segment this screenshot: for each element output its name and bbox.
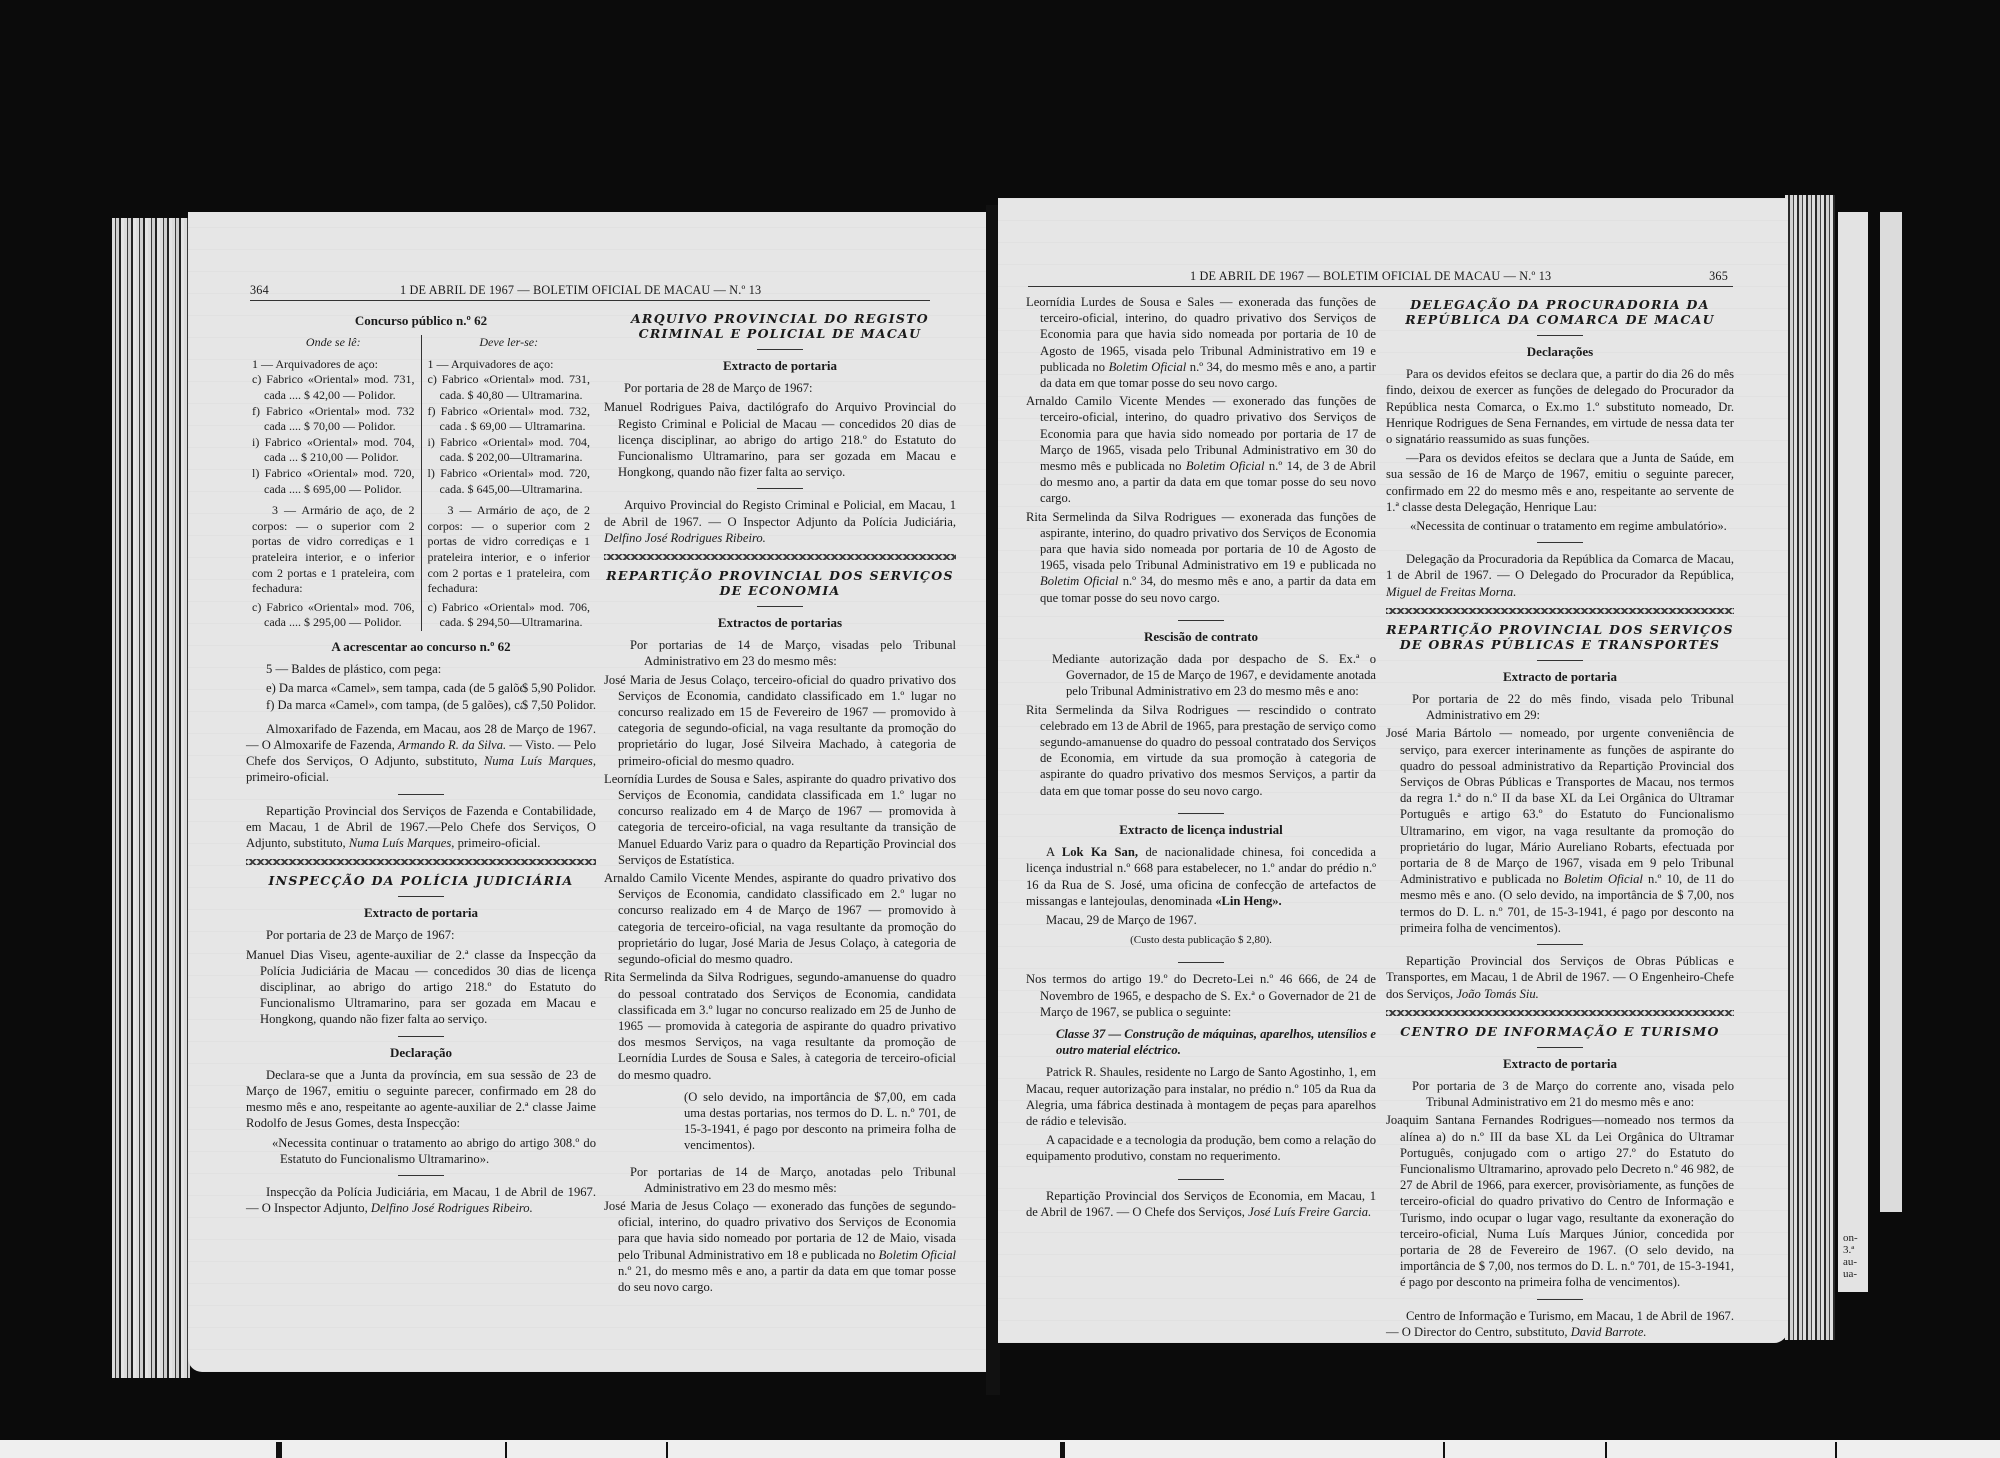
paragraph: Manuel Rodrigues Paiva, dactilógrafo do …: [604, 399, 956, 480]
book-edges-right-inner: [1838, 212, 1868, 1292]
publication-cost: (Custo desta publicação $ 2,80).: [1026, 932, 1376, 948]
section-title: REPARTIÇÃO PROVINCIAL DOS SERVIÇOS DE EC…: [604, 568, 956, 598]
section-title: INSPECÇÃO DA POLÍCIA JUDICIÁRIA: [246, 873, 596, 888]
price-list: e) Da marca «Camel», sem tampa, cada (de…: [246, 680, 596, 712]
deve-label: Deve ler-se:: [428, 335, 591, 351]
signature-paragraph: Almoxarifado de Fazenda, em Macau, aos 2…: [246, 721, 596, 786]
subsection-heading: Declarações: [1386, 344, 1734, 360]
ornamental-divider: [1386, 608, 1734, 614]
section-title: DELEGAÇÃO DA PROCURADORIA DA REPÚBLICA D…: [1386, 297, 1734, 327]
paragraph: Por portarias de 14 de Março, visadas pe…: [604, 637, 956, 669]
header-rule: [1028, 286, 1733, 287]
divider: [1537, 944, 1583, 945]
subsection-heading: Rescisão de contrato: [1026, 629, 1376, 645]
quote: «Necessita continuar o tratamento ao abr…: [246, 1135, 596, 1167]
running-header-text: 1 DE ABRIL DE 1967 — BOLETIM OFICIAL DE …: [1190, 268, 1551, 284]
margin-fragment: on- 3.ª au- ua-: [1843, 1232, 1858, 1280]
list-item: 1 — Arquivadores de aço:: [428, 357, 591, 373]
book-edges-left: [112, 218, 190, 1378]
divider: [1178, 1179, 1224, 1180]
divider: [398, 896, 444, 897]
right-column-2: DELEGAÇÃO DA PROCURADORIA DA REPÚBLICA D…: [1386, 291, 1734, 1343]
paragraph: Por portaria de 28 de Março de 1967:: [604, 380, 956, 396]
divider: [1537, 660, 1583, 661]
divider: [757, 349, 803, 350]
divider: [757, 488, 803, 489]
left-page: 364 1 DE ABRIL DE 1967 — BOLETIM OFICIAL…: [188, 212, 988, 1372]
signature-paragraph: Repartição Provincial dos Serviços de Fa…: [246, 803, 596, 852]
subsection-heading: Extractos de portarias: [604, 615, 956, 631]
list-item: c) Fabrico «Oriental» mod. 731, cada. $ …: [428, 372, 591, 403]
paragraph: Por portarias de 14 de Março, anotadas p…: [604, 1164, 956, 1196]
subsection-heading: Extracto de portaria: [604, 358, 956, 374]
list-item: i) Fabrico «Oriental» mod. 704, cada ...…: [252, 435, 415, 466]
subsection-heading: Extracto de portaria: [1386, 1056, 1734, 1072]
list-item: f) Fabrico «Oriental» mod. 732, cada . $…: [428, 404, 591, 435]
divider: [1178, 620, 1224, 621]
classe-line: Classe 37 — Construção de máquinas, apar…: [1026, 1026, 1376, 1058]
paragraph: —Para os devidos efeitos se declara que …: [1386, 450, 1734, 515]
paragraph: Manuel Dias Viseu, agente-auxiliar de 2.…: [246, 947, 596, 1028]
paragraph: Nos termos do artigo 19.º do Decreto-Lei…: [1026, 971, 1376, 1020]
divider: [757, 606, 803, 607]
ornamental-divider: [604, 554, 956, 560]
paragraph: Rita Sermelinda da Silva Rodrigues — res…: [1026, 702, 1376, 799]
paragraph: Mediante autorização dada por despacho d…: [1026, 651, 1376, 700]
list-item: José Maria de Jesus Colaço, terceiro-ofi…: [604, 672, 956, 769]
signature-paragraph: Centro de Informação e Turismo, em Macau…: [1386, 1308, 1734, 1340]
divider: [1537, 1299, 1583, 1300]
signature-paragraph: Repartição Provincial dos Serviços de Ob…: [1386, 953, 1734, 1002]
list-item: Leornídia Lurdes de Sousa e Sales, aspir…: [604, 771, 956, 868]
scan-bottom-strip: [0, 1440, 2000, 1458]
paragraph: A Lok Ka San, de nacionalidade chinesa, …: [1026, 844, 1376, 909]
divider: [1537, 335, 1583, 336]
subsection-heading: Extracto de portaria: [246, 905, 596, 921]
paragraph: 5 — Baldes de plástico, com pega:: [246, 661, 596, 677]
list-item: 3 — Armário de aço, de 2 corpos: — o sup…: [252, 503, 415, 597]
paragraph: Por portaria de 22 do mês findo, visada …: [1386, 691, 1734, 723]
right-column-1: Leornídia Lurdes de Sousa e Sales — exon…: [1026, 294, 1376, 1223]
list-item: l) Fabrico «Oriental» mod. 720, cada. $ …: [428, 466, 591, 497]
paragraph: Patrick R. Shaules, residente no Largo d…: [1026, 1064, 1376, 1129]
paragraph: Joaquim Santana Fernandes Rodrigues—nome…: [1386, 1112, 1734, 1290]
stamp-note: (O selo devido, na importância de $7,00,…: [604, 1089, 956, 1154]
section-title: REPARTIÇÃO PROVINCIAL DOS SERVIÇOS DE OB…: [1386, 622, 1734, 652]
list-item: c) Fabrico «Oriental» mod. 731, cada ...…: [252, 372, 415, 403]
list-item: l) Fabrico «Oriental» mod. 720, cada ...…: [252, 466, 415, 497]
paragraph: Por portaria de 3 de Março do corrente a…: [1386, 1078, 1734, 1110]
running-header-text: 1 DE ABRIL DE 1967 — BOLETIM OFICIAL DE …: [400, 282, 761, 298]
ornamental-divider: [246, 859, 596, 865]
onde-column: Onde se lê: 1 — Arquivadores de aço: c) …: [246, 335, 422, 631]
paragraph: A capacidade e a tecnologia da produção,…: [1026, 1132, 1376, 1164]
page-number: 365: [1709, 268, 1728, 284]
list-item: c) Fabrico «Oriental» mod. 706, cada ...…: [252, 600, 415, 631]
divider: [1537, 1047, 1583, 1048]
divider: [1537, 542, 1583, 543]
subsection-heading: Extracto de licença industrial: [1026, 822, 1376, 838]
price-row: e) Da marca «Camel», sem tampa, cada (de…: [266, 680, 596, 696]
divider: [398, 1175, 444, 1176]
list-item: 3 — Armário de aço, de 2 corpos: — o sup…: [428, 503, 591, 597]
divider: [398, 1036, 444, 1037]
book-edges-right-outer: [1880, 212, 1902, 1212]
price-row: f) Da marca «Camel», com tampa, (de 5 ga…: [266, 697, 596, 713]
quote: «Necessita de continuar o tratamento em …: [1386, 518, 1734, 534]
subsection-heading: Declaração: [246, 1045, 596, 1061]
section-title: ARQUIVO PROVINCIAL DO REGISTO CRIMINAL E…: [604, 311, 956, 341]
signature-paragraph: Delegação da Procuradoria da República d…: [1386, 551, 1734, 600]
book-edges-right: [1785, 195, 1835, 1340]
divider: [398, 794, 444, 795]
signature-paragraph: Inspecção da Polícia Judiciária, em Maca…: [246, 1184, 596, 1216]
section-heading: A acrescentar ao concurso n.º 62: [246, 639, 596, 655]
signature-paragraph: Repartição Provincial dos Serviços de Ec…: [1026, 1188, 1376, 1220]
left-column-2: ARQUIVO PROVINCIAL DO REGISTO CRIMINAL E…: [604, 305, 956, 1297]
list-item: c) Fabrico «Oriental» mod. 706, cada. $ …: [428, 600, 591, 631]
paragraph: Para os devidos efeitos se declara que, …: [1386, 366, 1734, 447]
list-item: 1 — Arquivadores de aço:: [252, 357, 415, 373]
date-line: Macau, 29 de Março de 1967.: [1026, 912, 1376, 928]
onde-label: Onde se lê:: [252, 335, 415, 351]
deve-column: Deve ler-se: 1 — Arquivadores de aço: c)…: [422, 335, 597, 631]
correction-table: Onde se lê: 1 — Arquivadores de aço: c) …: [246, 335, 596, 631]
header-rule: [250, 300, 930, 301]
list-item: Rita Sermelinda da Silva Rodrigues, segu…: [604, 969, 956, 1082]
paragraph: José Maria Bártolo — nomeado, por urgent…: [1386, 725, 1734, 936]
paragraph: Declara-se que a Junta da província, em …: [246, 1067, 596, 1132]
list-item: Rita Sermelinda da Silva Rodrigues — exo…: [1026, 509, 1376, 606]
paragraph: Por portaria de 23 de Março de 1967:: [246, 927, 596, 943]
signature-paragraph: Arquivo Provincial do Registo Criminal e…: [604, 497, 956, 546]
right-page: 1 DE ABRIL DE 1967 — BOLETIM OFICIAL DE …: [998, 198, 1788, 1343]
list-item: f) Fabrico «Oriental» mod. 732 cada ....…: [252, 404, 415, 435]
section-heading: Concurso público n.º 62: [246, 313, 596, 329]
subsection-heading: Extracto de portaria: [1386, 669, 1734, 685]
list-item: Leornídia Lurdes de Sousa e Sales — exon…: [1026, 294, 1376, 391]
list-item: Arnaldo Camilo Vicente Mendes — exonerad…: [1026, 393, 1376, 506]
page-number: 364: [250, 282, 269, 298]
ornamental-divider: [1386, 1010, 1734, 1016]
list-item: i) Fabrico «Oriental» mod. 704, cada. $ …: [428, 435, 591, 466]
list-item: José Maria de Jesus Colaço — exonerado d…: [604, 1198, 956, 1295]
divider: [1178, 813, 1224, 814]
section-title: CENTRO DE INFORMAÇÃO E TURISMO: [1386, 1024, 1734, 1039]
divider: [1178, 962, 1224, 963]
list-item: Arnaldo Camilo Vicente Mendes, aspirante…: [604, 870, 956, 967]
left-column-1: Concurso público n.º 62 Onde se lê: 1 — …: [246, 305, 596, 1219]
